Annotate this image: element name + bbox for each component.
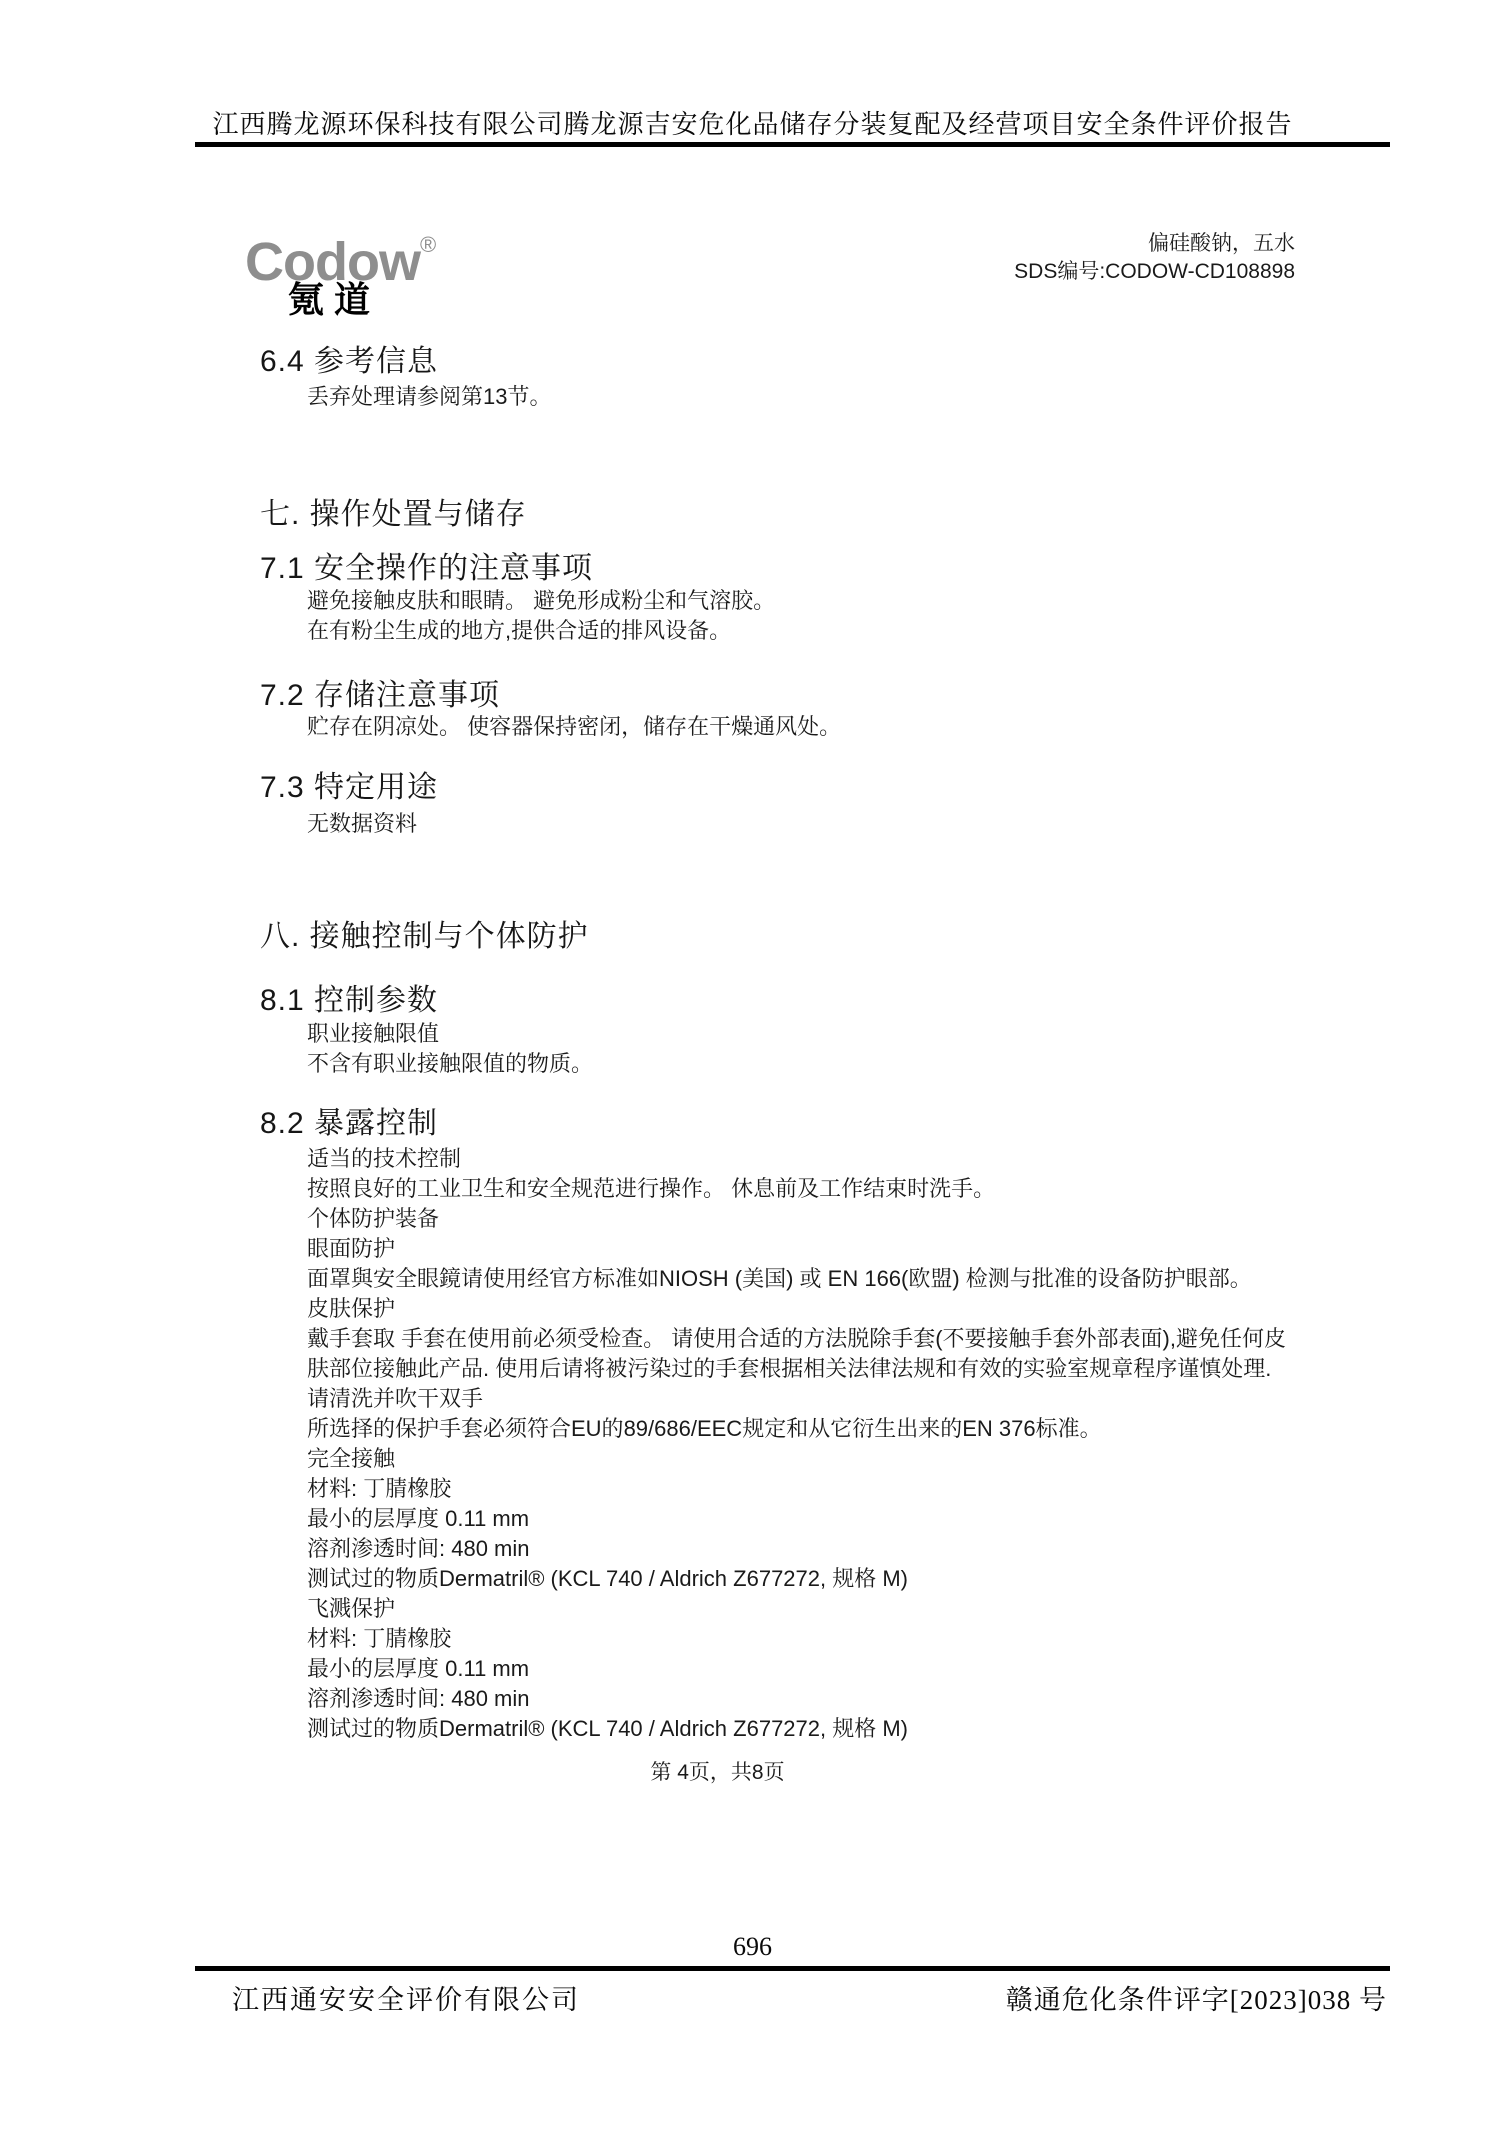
body-line: 完全接触 bbox=[307, 1444, 1286, 1474]
section-body-8-1: 职业接触限值 不含有职业接触限值的物质。 bbox=[307, 1019, 593, 1079]
page-number: 696 bbox=[0, 1932, 1505, 1962]
section-heading-7: 七. 操作处置与储存 bbox=[260, 489, 527, 533]
section-heading-8-1: 8.1 控制参数 bbox=[260, 975, 438, 1019]
body-line: 最小的层厚度 0.11 mm bbox=[307, 1654, 1286, 1684]
body-line: 不含有职业接触限值的物质。 bbox=[307, 1049, 593, 1079]
sds-number: SDS编号:CODOW-CD108898 bbox=[1014, 258, 1295, 286]
body-line: 眼面防护 bbox=[307, 1234, 1286, 1264]
section-body-7-3: 无数据资料 bbox=[307, 809, 417, 839]
body-line: 无数据资料 bbox=[307, 809, 417, 839]
header-rule bbox=[195, 142, 1390, 147]
section-heading-7-2: 7.2 存储注意事项 bbox=[260, 670, 500, 714]
sds-page-note: 第 4页，共8页 bbox=[0, 1756, 1435, 1786]
body-line: 溶剂渗透时间: 480 min bbox=[307, 1534, 1286, 1564]
body-line: 飞溅保护 bbox=[307, 1594, 1286, 1624]
body-line: 测试过的物质Dermatril® (KCL 740 / Aldrich Z677… bbox=[307, 1714, 1286, 1744]
footer-certificate-number: 赣通危化条件评字[2023]038 号 bbox=[1006, 1978, 1387, 2017]
section-heading-7-1: 7.1 安全操作的注意事项 bbox=[260, 543, 593, 587]
footer-company-name: 江西通安安全评价有限公司 bbox=[232, 1978, 580, 2017]
body-line: 测试过的物质Dermatril® (KCL 740 / Aldrich Z677… bbox=[307, 1564, 1286, 1594]
section-heading-6-4: 6.4 参考信息 bbox=[260, 336, 438, 380]
body-line: 适当的技术控制 bbox=[307, 1144, 1286, 1174]
registered-trademark-icon: ® bbox=[420, 232, 436, 257]
section-body-6-4: 丢弃处理请参阅第13节。 bbox=[307, 382, 551, 412]
body-line: 避免接触皮肤和眼睛。 避免形成粉尘和气溶胶。 bbox=[307, 586, 775, 616]
body-line: 贮存在阴凉处。 使容器保持密闭，储存在干燥通风处。 bbox=[307, 712, 841, 742]
brand-chinese-name: 氪道 bbox=[288, 272, 380, 323]
section-heading-8-2: 8.2 暴露控制 bbox=[260, 1098, 438, 1142]
body-line: 职业接触限值 bbox=[307, 1019, 593, 1049]
body-line: 所选择的保护手套必须符合EU的89/686/EEC规定和从它衍生出来的EN 37… bbox=[307, 1414, 1286, 1444]
body-line: 材料: 丁腈橡胶 bbox=[307, 1474, 1286, 1504]
body-line: 皮肤保护 bbox=[307, 1294, 1286, 1324]
body-line: 丢弃处理请参阅第13节。 bbox=[307, 382, 551, 412]
body-line: 肤部位接触此产品. 使用后请将被污染过的手套根据相关法律法规和有效的实验室规章程… bbox=[307, 1354, 1286, 1384]
body-line: 请清洗并吹干双手 bbox=[307, 1384, 1286, 1414]
body-line: 溶剂渗透时间: 480 min bbox=[307, 1684, 1286, 1714]
body-line: 个体防护装备 bbox=[307, 1204, 1286, 1234]
body-line: 材料: 丁腈橡胶 bbox=[307, 1624, 1286, 1654]
footer-rule bbox=[195, 1966, 1390, 1971]
document-page: 江西腾龙源环保科技有限公司腾龙源吉安危化品储存分装复配及经营项目安全条件评价报告… bbox=[0, 0, 1505, 2129]
body-line: 在有粉尘生成的地方,提供合适的排风设备。 bbox=[307, 616, 775, 646]
section-heading-8: 八. 接触控制与个体防护 bbox=[260, 911, 589, 955]
body-line: 面罩與安全眼鏡请使用经官方标准如NIOSH (美国) 或 EN 166(欧盟) … bbox=[307, 1264, 1286, 1294]
product-name: 偏硅酸钠，五水 bbox=[1014, 230, 1295, 258]
body-line: 按照良好的工业卫生和安全规范进行操作。 休息前及工作结束时洗手。 bbox=[307, 1174, 1286, 1204]
section-heading-7-3: 7.3 特定用途 bbox=[260, 762, 438, 806]
section-body-8-2: 适当的技术控制 按照良好的工业卫生和安全规范进行操作。 休息前及工作结束时洗手。… bbox=[307, 1144, 1286, 1744]
product-info-block: 偏硅酸钠，五水 SDS编号:CODOW-CD108898 bbox=[1014, 230, 1295, 286]
section-body-7-1: 避免接触皮肤和眼睛。 避免形成粉尘和气溶胶。 在有粉尘生成的地方,提供合适的排风… bbox=[307, 586, 775, 646]
body-line: 最小的层厚度 0.11 mm bbox=[307, 1504, 1286, 1534]
body-line: 戴手套取 手套在使用前必须受检查。 请使用合适的方法脱除手套(不要接触手套外部表… bbox=[307, 1324, 1286, 1354]
document-header-title: 江西腾龙源环保科技有限公司腾龙源吉安危化品储存分装复配及经营项目安全条件评价报告 bbox=[0, 104, 1505, 141]
section-body-7-2: 贮存在阴凉处。 使容器保持密闭，储存在干燥通风处。 bbox=[307, 712, 841, 742]
